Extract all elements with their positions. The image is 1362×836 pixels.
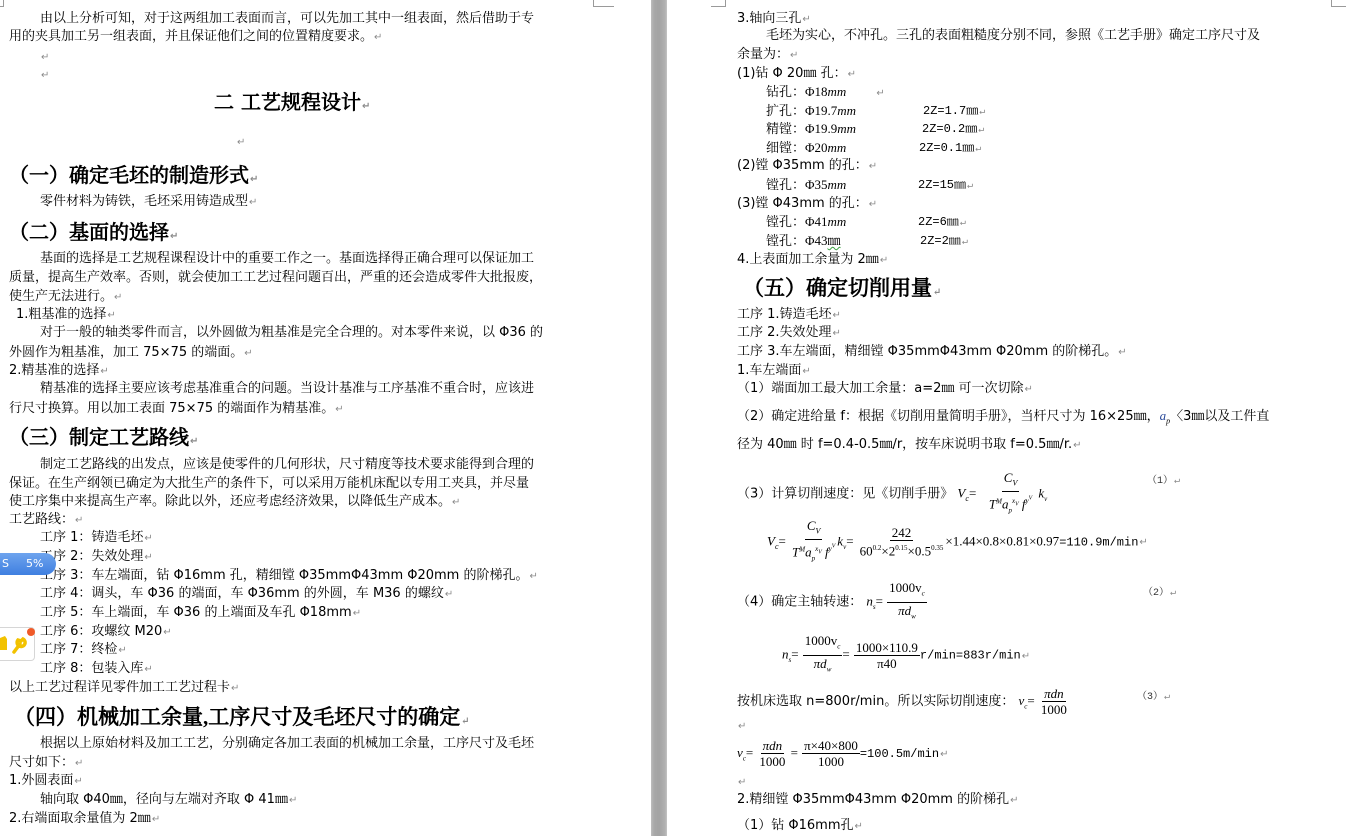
table-row: 钻孔：Φ18mm↵ [766,84,885,102]
allowance-value: 2Z=1.7㎜↵ [923,103,985,121]
empty-paragraph: ↵ [40,67,49,84]
page-corner-mark [0,0,4,7]
paragraph: 以上工艺过程详见零件加工工艺过程卡↵ [9,680,239,697]
notification-dot [27,628,35,636]
formula-line: 按机床选取 n=800r/min。所以实际切削速度： vc= πdn1000 [737,686,1069,720]
section-heading-2: （二）基面的选择↵ [9,220,178,249]
document-page-left[interactable]: 由以上分析可知，对于这两组加工表面而言，可以先加工其中一组表面，然后借助于专 用… [0,0,651,836]
section-heading-1: （一）确定毛坯的制造形式↵ [9,163,258,192]
paragraph-intro: 用的夹具加工另一组表面，并且保证他们之间的位置精度要求。↵ [9,29,382,46]
list-item: 工序 4：调头，车 Φ36 的端面，车 Φ36mm 的外圆，车 M36 的螺纹↵ [40,586,453,603]
hole-heading: (1)钻 Φ 20㎜ 孔：↵ [737,66,856,83]
fraction: CVTMapxV fyV [987,470,1034,518]
empty-paragraph: ↵ [40,49,49,66]
paragraph: 径为 40㎜ 时 f=0.4-0.5㎜/r，按车床说明书取 f=0.5㎜/r.↵ [737,437,1082,454]
subheading: 1.粗基准的选择↵ [16,307,116,324]
subheading: 3.轴向三孔↵ [737,11,811,28]
table-row: 精镗：Φ19.9mm [766,121,856,138]
hole-heading: (3)镗 Φ43mm 的孔：↵ [737,196,877,213]
equation-number: （3）↵ [1137,690,1170,706]
paragraph: 对于一般的轴类零件而言，以外圆做为粗基准是完全合理的。对本零件来说，以 Φ36 … [40,325,543,341]
badge-label: S [2,553,9,575]
chapter-title: 二 工艺规程设计↵ [214,90,370,119]
section-heading-3: （三）制定工艺路线↵ [9,425,198,454]
paragraph: 使生产无法进行。↵ [9,289,122,306]
allowance-value: 2Z=15㎜↵ [918,177,973,195]
paragraph: 4.上表面加工余量为 2㎜↵ [737,252,888,269]
table-row: 镗孔：Φ41mm [766,214,846,231]
list-item: 工序 6：攻螺纹 M20↵ [40,624,172,641]
page-corner-mark [711,0,726,7]
paragraph: 尺寸如下：↵ [9,755,83,772]
table-row: 镗孔：Φ43㎜ [766,233,841,250]
list-item: 工序 1：铸造毛坯↵ [40,530,153,547]
list-item: 工序 2：失效处理↵ [40,549,153,566]
subheading: 2.精细镗 Φ35mmΦ43mm Φ20mm 的阶梯孔↵ [737,792,1019,809]
list-item: 工序 3：车左端面，钻 Φ16mm 孔，精细镗 Φ35mmΦ43mm Φ20mm… [40,568,538,585]
paragraph: 根据以上原始材料及加工工艺，分别确定各加工表面的机械加工余量，工序尺寸及毛坯 [40,736,534,752]
list-item: 工序 8：包装入库↵ [40,661,153,678]
subheading: 1.外圆表面↵ [9,773,83,790]
paragraph: 零件材料为铸铁，毛坯采用铸造成型↵ [40,194,257,211]
list-item: 工序 5：车上端面，车 Φ36 的上端面及车孔 Φ18mm↵ [40,605,361,622]
allowance-value: 2Z=2㎜↵ [920,233,968,251]
formula-line: （4）确定主轴转速： ns= 1000vcπdw [737,580,927,624]
paragraph: 毛坯为实心，不冲孔。三孔的表面粗糙度分别不同，参照《工艺手册》确定工序尺寸及 [766,28,1260,44]
allowance-value: 2Z=6㎜↵ [918,214,966,232]
paragraph-intro: 由以上分析可知，对于这两组加工表面而言，可以先加工其中一组表面，然后借助于专 [40,11,534,27]
section-heading-4: （四）机械加工余量,工序尺寸及毛坯尺寸的确定↵ [14,705,470,734]
list-item: 工序 7：终检↵ [40,642,127,659]
table-row: 细镗：Φ20mm [766,140,846,157]
formula-calculation: vc= πdn1000 = π×40×8001000=100.5m/min↵ [737,738,948,774]
paragraph: （1）端面加工最大加工余量：a=2㎜ 可一次切除↵ [737,381,1033,398]
paragraph: 制定工艺路线的出发点，应该是使零件的几何形状，尺寸精度等技术要求能得到合理的 [40,457,534,473]
route-label: 工艺路线：↵ [9,512,83,529]
allowance-value: 2Z=0.1㎜↵ [919,140,981,158]
equation-number: （2）↵ [1143,586,1176,602]
subheading: 1.车左端面↵ [737,363,811,380]
page-corner-mark [593,0,614,7]
paragraph: 基面的选择是工艺规程课程设计中的重要工作之一。基面选择得正确合理可以保证加工 [40,251,534,267]
paragraph: 精基准的选择主要应该考虑基准重合的问题。当设计基准与工序基准不重合时，应该进 [40,381,534,397]
badge-percentage: 5% [26,553,43,575]
formula-calculation: ns= 1000vcπdw= 1000×110.9π40r/min=883r/m… [782,633,1030,677]
empty-paragraph: ↵ [236,134,245,151]
paragraph: （2）确定进给量 f：根据《切削用量简明手册》，当杆尺寸为 16×25㎜，ap〈… [737,408,1269,430]
operation-line: 工序 2.失效处理↵ [737,325,841,342]
table-row: 扩孔：Φ19.7mm [766,103,856,120]
formula-line: （3）计算切削速度：见《切削手册》 Vc= CVTMapxV fyV kv [737,470,1047,518]
paragraph: 轴向取 Φ40㎜，径向与左端对齐取 Φ 41㎜↵ [40,792,297,809]
subheading: 2.精基准的选择↵ [9,363,109,380]
toolbox-tab[interactable] [0,627,35,661]
wrench-icon [14,639,25,652]
page-corner-mark [1331,0,1346,7]
section-heading-5: （五）确定切削用量↵ [743,276,941,305]
equation-number: （1）↵ [1147,474,1180,490]
paragraph: 余量为：↵ [737,47,798,64]
paragraph: （1）钻 Φ16mm孔↵ [737,818,863,835]
hole-heading: (2)镗 Φ35mm 的孔：↵ [737,158,877,175]
operation-line: 工序 3.车左端面，精细镗 Φ35mmΦ43mm Φ20mm 的阶梯孔。↵ [737,344,1127,361]
operation-line: 工序 1.铸造毛坯↵ [737,307,841,324]
allowance-value: 2Z=0.2㎜↵ [922,121,984,139]
empty-paragraph: ↵ [737,774,746,791]
table-row: 镗孔：Φ35mm [766,177,846,194]
paragraph: 保证。在生产纲领已确定为大批生产的条件下，可以采用万能机床配以专用工夹具，并尽量 [9,476,529,492]
paragraph: 质量，提高生产效率。否则，就会使加工工艺过程问题百出，严重的还会造成零件大批报废… [9,270,542,286]
paragraph: 行尺寸换算。用以加工表面 75×75 的端面作为精基准。↵ [9,401,344,418]
paragraph: 外圆作为粗基准，加工 75×75 的端面。↵ [9,345,253,362]
paragraph: 使工序集中来提高生产率。除此以外，还应考虑经济效果，以降低生产成本。↵ [9,494,460,511]
page-gutter [651,0,667,836]
paragraph: 2.右端面取余量值为 2㎜↵ [9,811,160,828]
empty-paragraph: ↵ [737,718,746,735]
progress-badge[interactable]: S 5% [0,553,56,575]
document-page-right[interactable]: 3.轴向三孔↵ 毛坯为实心，不冲孔。三孔的表面粗糙度分别不同，参照《工艺手册》确… [667,0,1362,836]
formula-calculation: Vc= CVTMapxV fyVkv= 242600.2×20.15×0.50.… [767,518,1148,566]
